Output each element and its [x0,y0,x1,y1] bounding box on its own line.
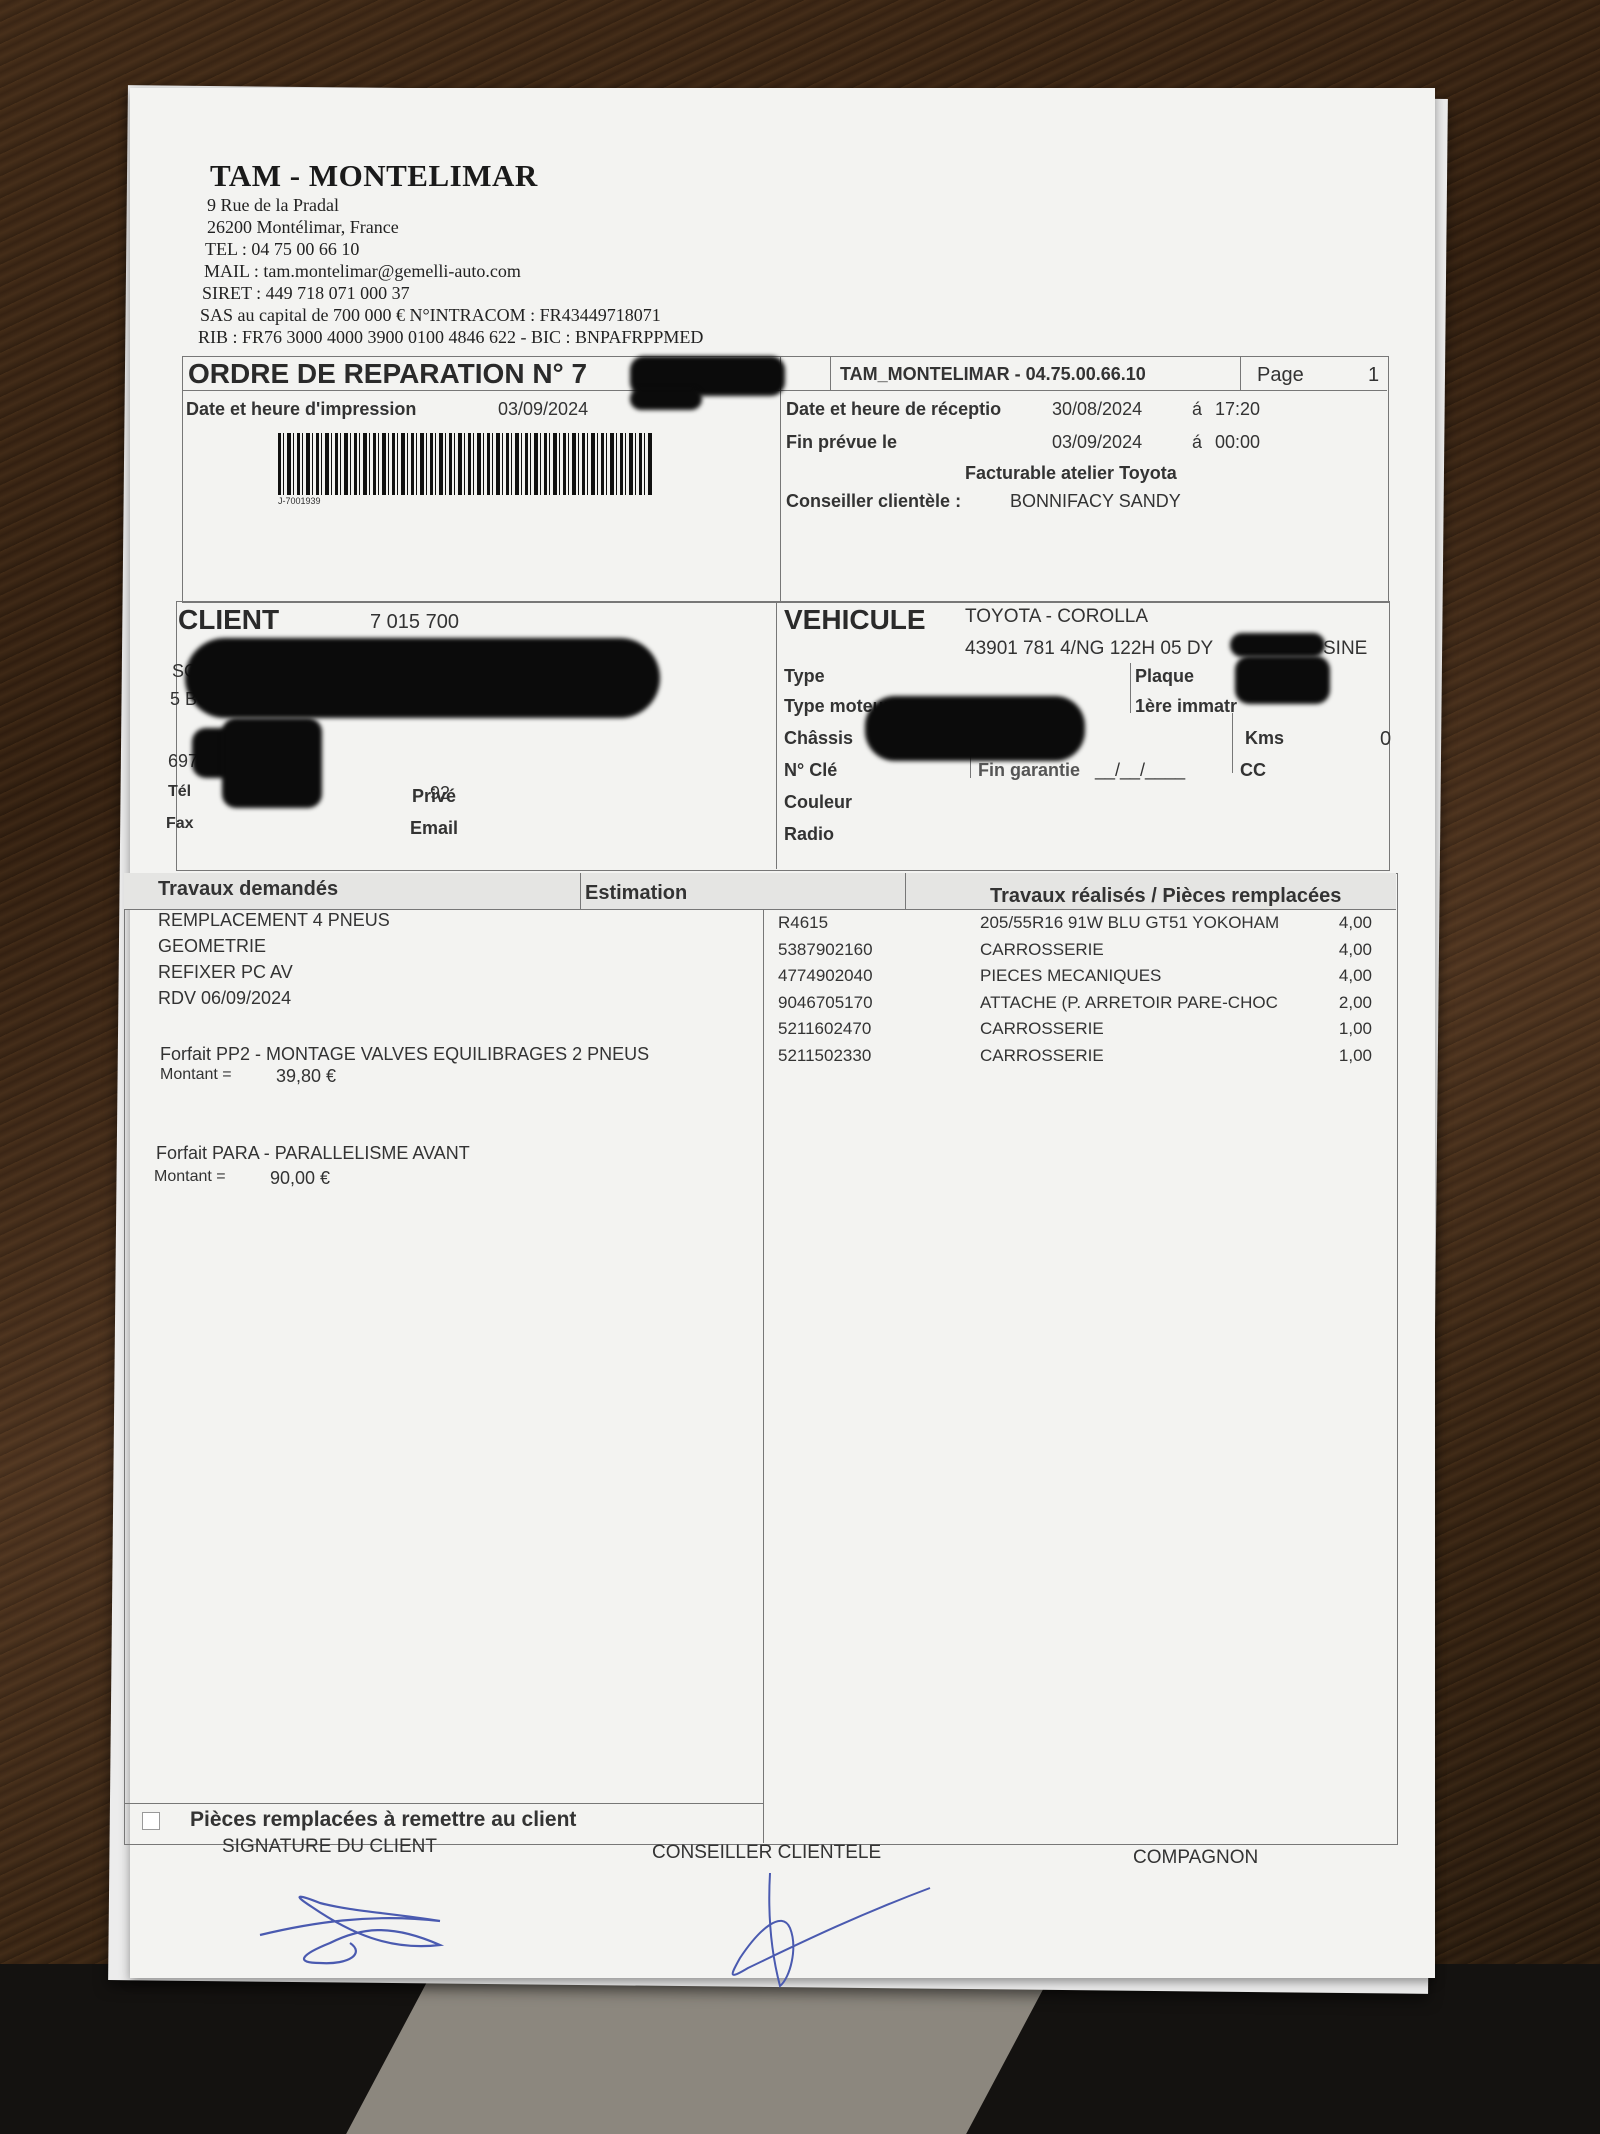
part-description: 205/55R16 91W BLU GT51 YOKOHAM [980,913,1279,933]
site-contact: TAM_MONTELIMAR - 04.75.00.66.10 [840,364,1146,385]
part-description: CARROSSERIE [980,1046,1104,1066]
advisor-signature-scribble [690,1868,950,1998]
divider [776,601,777,869]
client-signature-label: SIGNATURE DU CLIENT [222,1836,437,1858]
mechanic-signature-label: COMPAGNON [1133,1847,1258,1869]
barcode-text: J-7001939 [278,496,321,506]
divider [1130,663,1131,713]
part-reference: 5211502330 [778,1046,871,1066]
package-amount: 90,00 € [270,1168,330,1189]
client-email-label: Email [410,818,458,839]
divider [580,873,581,909]
vehicle-type-label: Type [784,666,825,687]
part-reference: 4774902040 [778,966,873,986]
vehicle-chassis-label: Châssis [784,728,853,749]
warranty-value: __/__/____ [1095,760,1185,781]
requested-work-item: GEOMETRIE [158,936,266,957]
redacted-client-phone [222,718,322,808]
requested-work-item: REFIXER PC AV [158,962,293,983]
part-quantity: 4,00 [1312,913,1372,933]
advisor-label: Conseiller clientèle : [786,491,961,512]
kms-value: 0 [1380,728,1391,751]
part-reference: R4615 [778,913,828,933]
reception-at: á [1192,399,1202,420]
company-capital: SAS au capital de 700 000 € N°INTRACOM :… [200,304,661,326]
company-name: TAM - MONTELIMAR [210,158,538,194]
part-reference: 5387902160 [778,940,873,960]
page-number: 1 [1368,364,1379,387]
divider [1240,356,1241,390]
advisor-signature-label: CONSEILLER CLIENTELE [652,1842,881,1864]
return-parts-label: Pièces remplacées à remettre au client [190,1808,576,1832]
requested-works-heading: Travaux demandés [158,878,338,901]
billing-note: Facturable atelier Toyota [965,463,1177,484]
end-date-label: Fin prévue le [786,432,897,453]
part-reference: 9046705170 [778,993,873,1013]
company-address-city: 26200 Montélimar, France [207,216,399,238]
reception-label: Date et heure de réceptio [786,399,1001,420]
first-registration-label: 1ère immatr [1135,696,1237,717]
estimate-heading: Estimation [585,882,687,905]
end-date: 03/09/2024 [1052,432,1142,453]
warranty-label: Fin garantie [978,760,1080,781]
plate-label: Plaque [1135,666,1194,687]
requested-work-item: REMPLACEMENT 4 PNEUS [158,910,390,931]
repair-order-sheet: TAM - MONTELIMAR 9 Rue de la Pradal 2620… [130,88,1435,1978]
reception-date: 30/08/2024 [1052,399,1142,420]
client-tel-label: Tél [168,783,191,801]
redacted-chassis [865,696,1085,761]
divider [780,356,781,601]
redacted-plate [1235,656,1330,704]
client-signature-scribble [240,1883,460,1973]
redacted-print-time [630,388,702,410]
cc-label: CC [1240,760,1266,781]
part-quantity: 4,00 [1312,940,1372,960]
package-label: Forfait PP2 - MONTAGE VALVES EQUILIBRAGE… [160,1044,649,1065]
company-phone: TEL : 04 75 00 66 10 [205,238,359,260]
end-at: á [1192,432,1202,453]
vehicle-radio-label: Radio [784,824,834,845]
vehicle-version-end: SINE [1323,638,1367,660]
divider [830,356,831,390]
part-description: ATTACHE (P. ARRETOIR PARE-CHOC [980,993,1278,1013]
page-label: Page [1257,364,1304,387]
end-time: 00:00 [1215,432,1260,453]
print-date-label: Date et heure d'impression [186,399,416,420]
company-address-street: 9 Rue de la Pradal [207,194,339,216]
done-works-heading: Travaux réalisés / Pièces remplacées [990,885,1341,908]
part-quantity: 4,00 [1312,966,1372,986]
part-reference: 5211602470 [778,1019,871,1039]
vehicle-key-label: N° Clé [784,760,837,781]
client-heading: CLIENT [178,604,279,636]
part-quantity: 2,00 [1312,993,1372,1013]
redacted-client-name-address [185,638,660,718]
divider [182,390,1387,391]
advisor-name: BONNIFACY SANDY [1010,491,1181,512]
divider [124,1803,764,1804]
order-title: ORDRE DE REPARATION N° 7 [188,358,587,390]
part-quantity: 1,00 [1312,1019,1372,1039]
client-fax-label: Fax [166,815,194,833]
vehicle-model: TOYOTA - COROLLA [965,606,1148,628]
print-date-value: 03/09/2024 [498,399,588,420]
divider [905,873,906,909]
company-email: MAIL : tam.montelimar@gemelli-auto.com [204,260,521,282]
client-number: 7 015 700 [370,611,459,634]
works-box [124,873,1398,1845]
divider [763,909,764,1843]
divider [1232,713,1233,773]
reception-time: 17:20 [1215,399,1260,420]
barcode [278,433,653,495]
part-quantity: 1,00 [1312,1046,1372,1066]
client-private-label: Privé [412,786,456,807]
package-amount-label: Montant = [154,1168,226,1186]
part-description: CARROSSERIE [980,940,1104,960]
redacted-vehicle-version [1230,633,1325,657]
company-siret: SIRET : 449 718 071 000 37 [202,282,410,304]
requested-work-item: RDV 06/09/2024 [158,988,291,1009]
vehicle-heading: VEHICULE [784,604,926,636]
kms-label: Kms [1245,728,1284,749]
part-description: CARROSSERIE [980,1019,1104,1039]
package-label: Forfait PARA - PARALLELISME AVANT [156,1143,470,1164]
package-amount: 39,80 € [276,1066,336,1087]
part-description: PIECES MECANIQUES [980,966,1161,986]
vehicle-version: 43901 781 4/NG 122H 05 DY [965,638,1213,660]
package-amount-label: Montant = [160,1066,232,1084]
return-parts-checkbox[interactable] [142,1812,160,1830]
company-rib: RIB : FR76 3000 4000 3900 0100 4846 622 … [198,326,703,348]
vehicle-color-label: Couleur [784,792,852,813]
